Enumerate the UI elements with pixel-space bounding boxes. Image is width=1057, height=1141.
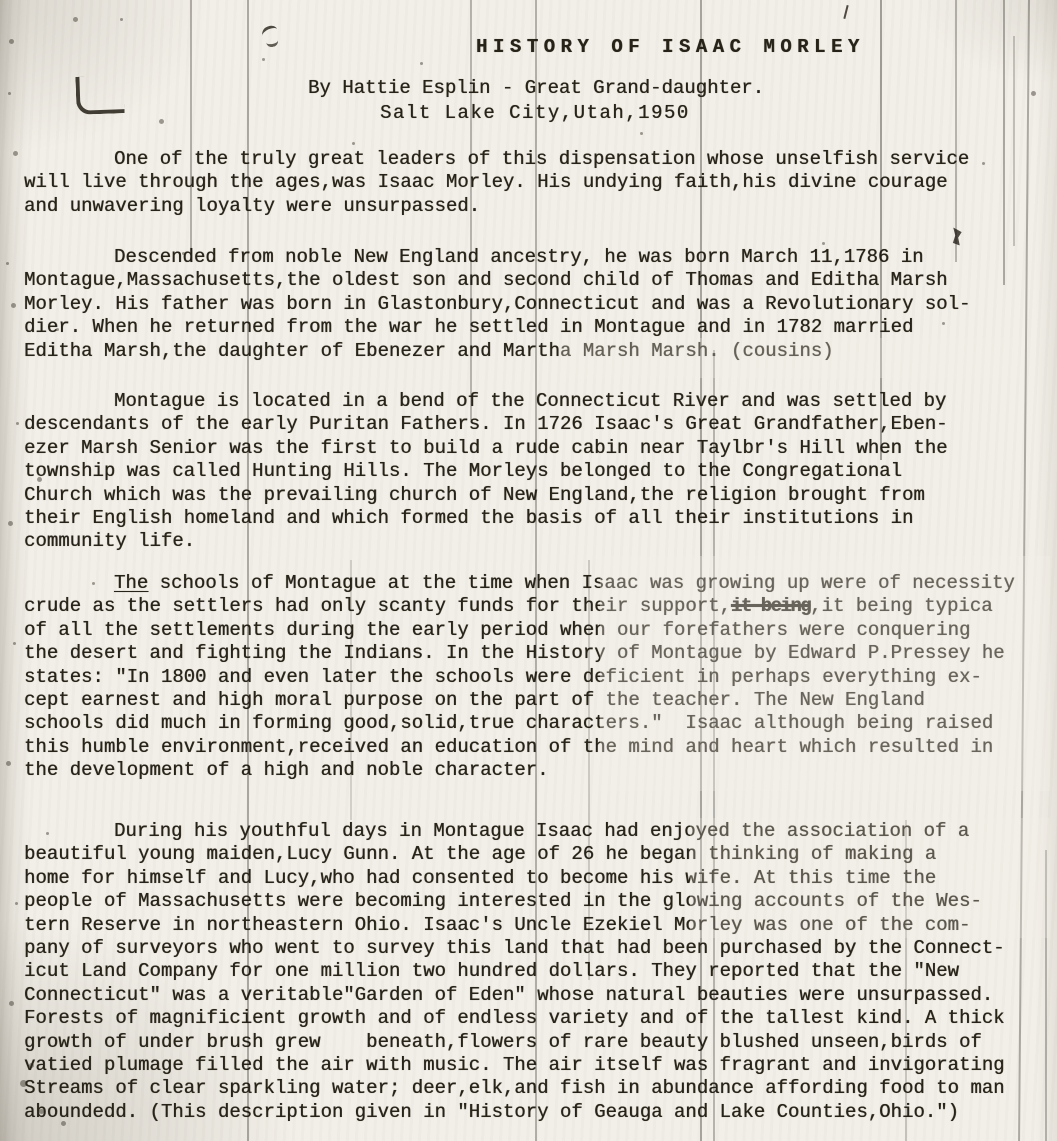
paragraph-schools: The schools of Montague at the time when… [24,572,1050,783]
text-line: growth of under brush grew beneath,flowe… [24,1031,1050,1054]
text-line: this humble environment,received an educ… [24,736,1050,759]
text-line: of all the settlements during the early … [24,619,1050,642]
text-line: their English homeland and which formed … [24,507,1050,530]
text-line: descendants of the early Puritan Fathers… [24,413,1050,436]
pen-flag-mark [951,227,962,245]
scan-artifact-line [955,0,957,262]
paragraph-intro: One of the truly great leaders of this d… [24,148,1050,218]
paragraph-youth: During his youthful days in Montague Isa… [24,820,1050,1124]
text-line: tern Reserve in northeastern Ohio. Isaac… [24,914,1050,937]
text-line: ezer Marsh Senior was the first to build… [24,437,1050,460]
pen-tick-mark [843,5,848,19]
text-line: Montague,Massachusetts,the oldest son an… [24,269,1050,292]
text-line: During his youthful days in Montague Isa… [24,820,1050,843]
text-line: Editha Marsh,the daughter of Ebenezer an… [24,340,1050,363]
text-line: home for himself and Lucy,who had consen… [24,867,1050,890]
document-title: HISTORY OF ISAAC MORLEY [476,36,865,58]
text-line: the desert and fighting the Indians. In … [24,642,1050,665]
text-line: icut Land Company for one million two hu… [24,960,1050,983]
text-line: the development of a high and noble char… [24,759,1050,782]
paragraph-montague: Montague is located in a bend of the Con… [24,390,1050,554]
text-line: community life. [24,530,1050,553]
text-line: Connecticut" was a veritable"Garden of E… [24,984,1050,1007]
scan-speckles [0,0,3,3]
text-line: people of Massachusetts were becoming in… [24,890,1050,913]
place-date-line: Salt Lake City,Utah,1950 [380,102,690,124]
text-line: crude as the settlers had only scanty fu… [24,595,1050,618]
text-line: Montague is located in a bend of the Con… [24,390,1050,413]
scan-artifact-line [190,0,192,262]
text-line: Church which was the prevailing church o… [24,484,1050,507]
text-line: cept earnest and high moral purpose on t… [24,689,1050,712]
struck-out-text: it being [731,595,810,617]
text-line: will live through the ages,was Isaac Mor… [24,171,1050,194]
text-line: states: "In 1800 and even later the scho… [24,666,1050,689]
text-line: dier. When he returned from the war he s… [24,316,1050,339]
text-line: aboundedd. (This description given in "H… [24,1101,1050,1124]
text-line: vatied plumage filled the air with music… [24,1054,1050,1077]
text-line: One of the truly great leaders of this d… [24,148,1050,171]
text-line: and unwavering loyalty were unsurpassed. [24,195,1050,218]
text-line: beautiful young maiden,Lucy Gunn. At the… [24,843,1050,866]
text-line: The schools of Montague at the time when… [24,572,1050,595]
text-line: Streams of clear sparkling water; deer,e… [24,1077,1050,1100]
text-line: Descended from noble New England ancestr… [24,246,1050,269]
handwritten-bracket-mark [75,75,124,115]
document-page: HISTORY OF ISAAC MORLEY By Hattie Esplin… [0,0,1057,1141]
underlined-text: The [114,572,148,594]
pen-squiggle-mark [265,35,279,48]
text-line: Forests of magnificient growth and of en… [24,1007,1050,1030]
scan-artifact-line [1003,0,1005,285]
text-line: pany of surveyors who went to survey thi… [24,937,1050,960]
author-line: By Hattie Esplin - Great Grand-daughter. [308,77,764,99]
paragraph-ancestry: Descended from noble New England ancestr… [24,246,1050,363]
text-line: schools did much in forming good,solid,t… [24,712,1050,735]
text-line: township was called Hunting Hills. The M… [24,460,1050,483]
text-line: Morley. His father was born in Glastonbu… [24,293,1050,316]
